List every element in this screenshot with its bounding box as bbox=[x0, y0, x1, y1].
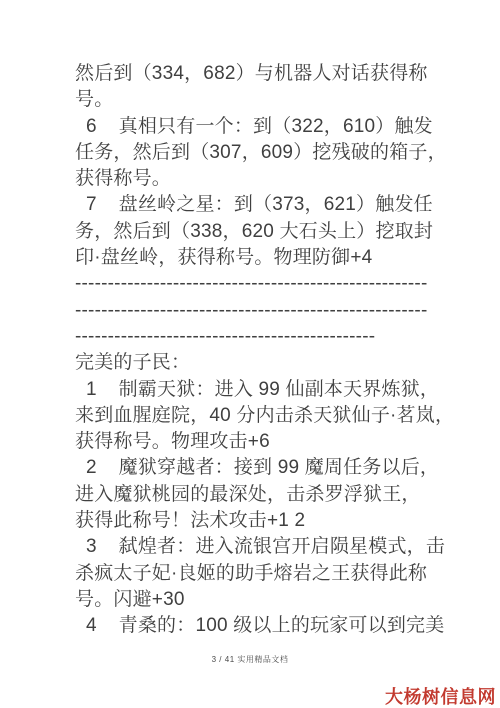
document-page: 然后到（334，682）与机器人对话获得称号。 6 真相只有一个：到（322，6… bbox=[0, 0, 500, 708]
text-line: 7 盘丝岭之星：到（373，621）触发任 bbox=[75, 192, 435, 218]
text-line: 获得称号。 bbox=[75, 166, 435, 192]
text-line: 号。闪避+30 bbox=[75, 587, 435, 613]
site-watermark: 大杨树信息网 bbox=[385, 683, 496, 708]
text-line: 印·盘丝岭，获得称号。物理防御+4 bbox=[75, 245, 435, 271]
text-line: 然后到（334，682）与机器人对话获得称 bbox=[75, 61, 435, 87]
document-body: 然后到（334，682）与机器人对话获得称号。 6 真相只有一个：到（322，6… bbox=[75, 61, 435, 640]
page-number-label: 3 / 41 实用精品文档 bbox=[212, 655, 289, 664]
text-line: 任务，然后到（307，609）挖残破的箱子， bbox=[75, 140, 435, 166]
text-line: 完美的子民： bbox=[75, 350, 435, 376]
text-line: 获得称号。物理攻击+6 bbox=[75, 429, 435, 455]
text-line: 来到血腥庭院，40 分内击杀天狱仙子·茗岚， bbox=[75, 403, 435, 429]
text-line: 进入魔狱桃园的最深处，击杀罗浮狱王， bbox=[75, 482, 435, 508]
text-line: 3 弑煌者：进入流银宫开启陨星模式，击 bbox=[75, 534, 435, 560]
text-line: 获得此称号！法术攻击+1 2 bbox=[75, 508, 435, 534]
divider-line: ----------------------------------------… bbox=[75, 271, 435, 297]
divider-line: ----------------------------------------… bbox=[75, 298, 435, 324]
text-line: 号。 bbox=[75, 87, 435, 113]
text-line: 杀疯太子妃·良姬的助手熔岩之王获得此称 bbox=[75, 561, 435, 587]
divider-line: ----------------------------------------… bbox=[75, 324, 435, 350]
text-line: 4 青桑的：100 级以上的玩家可以到完美 bbox=[75, 613, 435, 639]
text-line: 2 魔狱穿越者：接到 99 魔周任务以后， bbox=[75, 455, 435, 481]
text-line: 务，然后到（338，620 大石头上）挖取封 bbox=[75, 219, 435, 245]
text-line: 6 真相只有一个：到（322，610）触发 bbox=[75, 114, 435, 140]
page-footer: 3 / 41 实用精品文档 bbox=[0, 654, 500, 665]
text-line: 1 制霸天狱：进入 99 仙副本天界炼狱， bbox=[75, 377, 435, 403]
